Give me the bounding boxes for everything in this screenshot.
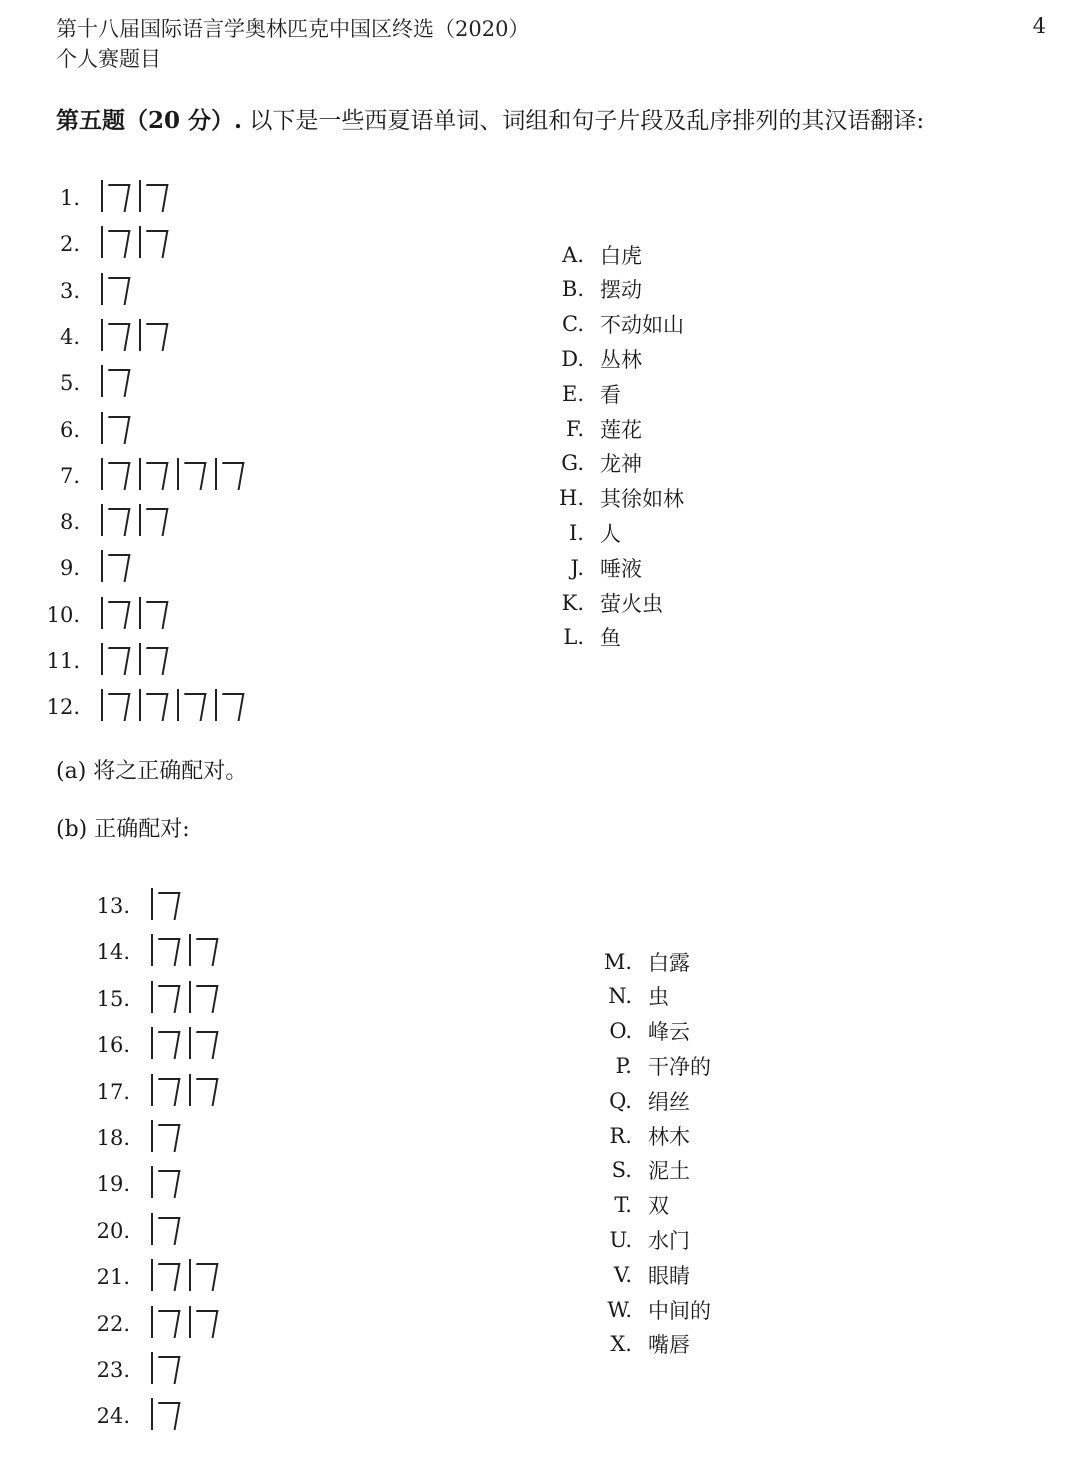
tangut-glyphs — [146, 1023, 218, 1063]
section-subtitle: 个人赛题目 — [56, 44, 529, 74]
tangut-item: 17. — [90, 1064, 218, 1110]
tangut-character-icon — [96, 408, 130, 448]
tangut-character-icon — [184, 977, 218, 1017]
item-number: 4. — [40, 325, 80, 355]
translation-item: U.水门 — [596, 1222, 690, 1257]
tangut-item: 21. — [90, 1249, 218, 1295]
tangut-glyphs — [146, 1070, 218, 1110]
tangut-glyphs — [96, 546, 130, 586]
translation-item: H.其徐如林 — [548, 481, 684, 516]
tangut-item: 3. — [40, 263, 130, 309]
page-header: 第十八届国际语言学奥林匹克中国区终选（2020） 个人赛题目 — [56, 14, 529, 74]
translation-text: 摆动 — [600, 274, 642, 304]
tangut-item: 12. — [40, 679, 244, 725]
item-number: 11. — [40, 649, 80, 679]
translation-text: 眼睛 — [648, 1260, 690, 1290]
tangut-glyphs — [146, 1394, 180, 1434]
translation-label: H. — [548, 486, 584, 510]
competition-title: 第十八届国际语言学奥林匹克中国区终选（2020） — [56, 14, 529, 44]
item-number: 12. — [40, 695, 80, 725]
tangut-item: 8. — [40, 494, 168, 540]
tangut-item: 24. — [90, 1388, 180, 1434]
tangut-item: 19. — [90, 1156, 180, 1202]
item-number: 1. — [40, 186, 80, 216]
tangut-item: 14. — [90, 924, 218, 970]
translation-item: T.双 — [596, 1188, 669, 1223]
translation-text: 泥土 — [648, 1155, 690, 1185]
tangut-character-icon — [184, 1255, 218, 1295]
tangut-item: 13. — [90, 878, 180, 924]
item-number: 10. — [40, 603, 80, 633]
item-number: 18. — [90, 1126, 130, 1156]
translation-text: 水门 — [648, 1225, 690, 1255]
translation-label: B. — [548, 277, 584, 301]
translation-label: Q. — [596, 1089, 632, 1113]
translation-text: 白露 — [648, 947, 690, 977]
tangut-glyphs — [96, 315, 168, 355]
translation-label: U. — [596, 1228, 632, 1252]
tangut-item: 18. — [90, 1110, 180, 1156]
tangut-item: 11. — [40, 633, 168, 679]
problem-description: 以下是一些西夏语单词、词组和句子片段及乱序排列的其汉语翻译: — [242, 108, 924, 134]
item-number: 9. — [40, 556, 80, 586]
tangut-item: 4. — [40, 309, 168, 355]
translation-item: G.龙神 — [548, 446, 642, 481]
translation-label: L. — [548, 625, 584, 649]
translation-item: I.人 — [548, 515, 621, 550]
tangut-character-icon — [134, 500, 168, 540]
tangut-item: 10. — [40, 587, 168, 633]
translation-text: 萤火虫 — [600, 588, 663, 618]
translation-text: 丛林 — [600, 344, 642, 374]
translation-label: F. — [548, 417, 584, 441]
translation-text: 不动如山 — [600, 309, 684, 339]
translation-label: A. — [548, 243, 584, 267]
translation-text: 唾液 — [600, 553, 642, 583]
item-number: 22. — [90, 1312, 130, 1342]
task-a: (a) 将之正确配对。 — [56, 754, 247, 785]
problem-number: 第五题（20 分）. — [56, 107, 242, 134]
tangut-glyphs — [146, 1116, 180, 1156]
tangut-item: 7. — [40, 448, 244, 494]
tangut-glyphs — [96, 500, 168, 540]
translation-item: R.林木 — [596, 1118, 690, 1153]
item-number: 7. — [40, 464, 80, 494]
translation-label: P. — [596, 1054, 632, 1078]
translation-label: N. — [596, 984, 632, 1008]
tangut-character-icon — [96, 500, 130, 540]
tangut-item: 15. — [90, 971, 218, 1017]
page-number: 4 — [1033, 14, 1046, 38]
translation-text: 看 — [600, 379, 621, 409]
item-number: 16. — [90, 1033, 130, 1063]
translation-item: S.泥土 — [596, 1153, 690, 1188]
translation-text: 白虎 — [600, 240, 642, 270]
tangut-character-icon — [184, 1023, 218, 1063]
tangut-glyphs — [146, 1255, 218, 1295]
translation-item: P.干净的 — [596, 1048, 711, 1083]
tangut-character-icon — [184, 1070, 218, 1110]
problem-title: 第五题（20 分）. 以下是一些西夏语单词、词组和句子片段及乱序排列的其汉语翻译… — [56, 102, 924, 135]
translation-text: 峰云 — [648, 1016, 690, 1046]
translation-text: 人 — [600, 518, 621, 548]
translation-label: C. — [548, 312, 584, 336]
tangut-character-icon — [134, 222, 168, 262]
tangut-character-icon — [146, 1023, 180, 1063]
tangut-glyphs — [96, 454, 244, 494]
translation-item: C.不动如山 — [548, 307, 684, 342]
tangut-glyphs — [96, 222, 168, 262]
tangut-character-icon — [134, 685, 168, 725]
tangut-glyphs — [146, 1162, 180, 1202]
item-number: 15. — [90, 987, 130, 1017]
tangut-item: 1. — [40, 170, 168, 216]
tangut-character-icon — [146, 1348, 180, 1388]
tangut-character-icon — [146, 1394, 180, 1434]
tangut-glyphs — [146, 977, 218, 1017]
translation-text: 嘴唇 — [648, 1329, 690, 1359]
tangut-character-icon — [210, 685, 244, 725]
tangut-glyphs — [146, 1209, 180, 1249]
translation-item: W.中间的 — [596, 1292, 711, 1327]
tangut-character-icon — [146, 884, 180, 924]
tangut-character-icon — [146, 1070, 180, 1110]
translation-label: E. — [548, 382, 584, 406]
translation-item: Q.绢丝 — [596, 1083, 690, 1118]
item-number: 19. — [90, 1172, 130, 1202]
tangut-glyphs — [96, 176, 168, 216]
tangut-glyphs — [96, 685, 244, 725]
tangut-item: 9. — [40, 540, 130, 586]
translation-label: W. — [596, 1298, 632, 1322]
tangut-character-icon — [96, 639, 130, 679]
tangut-character-icon — [146, 1209, 180, 1249]
translation-label: K. — [548, 591, 584, 615]
tangut-character-icon — [146, 930, 180, 970]
translation-item: X.嘴唇 — [596, 1327, 690, 1362]
item-number: 17. — [90, 1080, 130, 1110]
tangut-character-icon — [134, 176, 168, 216]
translation-label: T. — [596, 1193, 632, 1217]
tangut-item: 2. — [40, 216, 168, 262]
translation-item: D.丛林 — [548, 341, 642, 376]
tangut-glyphs — [146, 1348, 180, 1388]
translation-text: 林木 — [648, 1121, 690, 1151]
item-number: 24. — [90, 1404, 130, 1434]
translation-label: R. — [596, 1124, 632, 1148]
translation-text: 虫 — [648, 981, 669, 1011]
item-number: 5. — [40, 371, 80, 401]
tangut-character-icon — [134, 639, 168, 679]
tangut-character-icon — [146, 1162, 180, 1202]
tangut-item: 20. — [90, 1203, 180, 1249]
translation-item: B.摆动 — [548, 272, 642, 307]
tangut-item: 22. — [90, 1296, 218, 1342]
tangut-character-icon — [96, 593, 130, 633]
tangut-glyphs — [146, 884, 180, 924]
item-number: 23. — [90, 1358, 130, 1388]
translation-text: 干净的 — [648, 1051, 711, 1081]
tangut-character-icon — [96, 361, 130, 401]
tangut-character-icon — [184, 930, 218, 970]
translation-text: 中间的 — [648, 1295, 711, 1325]
item-number: 14. — [90, 940, 130, 970]
tangut-item: 5. — [40, 355, 130, 401]
translation-label: M. — [596, 950, 632, 974]
tangut-glyphs — [96, 361, 130, 401]
item-number: 6. — [40, 418, 80, 448]
translation-item: V.眼睛 — [596, 1257, 690, 1292]
translation-item: M.白露 — [596, 944, 690, 979]
translation-item: E.看 — [548, 376, 621, 411]
tangut-character-icon — [96, 546, 130, 586]
tangut-item: 6. — [40, 402, 130, 448]
tangut-character-icon — [146, 977, 180, 1017]
tangut-item: 23. — [90, 1342, 180, 1388]
item-number: 8. — [40, 510, 80, 540]
tangut-character-icon — [96, 315, 130, 355]
translation-item: F.莲花 — [548, 411, 642, 446]
translation-label: J. — [548, 556, 584, 580]
tangut-glyphs — [146, 930, 218, 970]
item-number: 21. — [90, 1265, 130, 1295]
translation-item: A.白虎 — [548, 237, 642, 272]
tangut-character-icon — [96, 685, 130, 725]
tangut-character-icon — [96, 222, 130, 262]
translation-item: L.鱼 — [548, 620, 621, 655]
translation-label: G. — [548, 451, 584, 475]
translation-text: 其徐如林 — [600, 483, 684, 513]
translation-label: I. — [548, 521, 584, 545]
tangut-glyphs — [146, 1302, 218, 1342]
task-b-label: (b) — [56, 817, 87, 842]
tangut-character-icon — [146, 1255, 180, 1295]
translation-text: 双 — [648, 1190, 669, 1220]
translation-text: 绢丝 — [648, 1086, 690, 1116]
task-a-label: (a) — [56, 759, 86, 784]
translation-text: 莲花 — [600, 414, 642, 444]
tangut-character-icon — [146, 1116, 180, 1156]
translation-item: K.萤火虫 — [548, 585, 663, 620]
translation-text: 鱼 — [600, 622, 621, 652]
tangut-character-icon — [134, 593, 168, 633]
translation-item: N.虫 — [596, 979, 669, 1014]
translation-text: 龙神 — [600, 448, 642, 478]
item-number: 13. — [90, 894, 130, 924]
item-number: 3. — [40, 279, 80, 309]
translation-label: D. — [548, 347, 584, 371]
tangut-character-icon — [134, 315, 168, 355]
task-b: (b) 正确配对: — [56, 812, 190, 843]
task-b-text: 正确配对: — [94, 817, 189, 842]
translation-label: X. — [596, 1332, 632, 1356]
tangut-character-icon — [134, 454, 168, 494]
tangut-character-icon — [96, 269, 130, 309]
tangut-character-icon — [96, 454, 130, 494]
tangut-character-icon — [172, 454, 206, 494]
tangut-glyphs — [96, 639, 168, 679]
tangut-glyphs — [96, 269, 130, 309]
task-a-text: 将之正确配对。 — [93, 759, 247, 784]
tangut-character-icon — [172, 685, 206, 725]
item-number: 2. — [40, 232, 80, 262]
translation-label: V. — [596, 1263, 632, 1287]
tangut-character-icon — [96, 176, 130, 216]
tangut-character-icon — [210, 454, 244, 494]
item-number: 20. — [90, 1219, 130, 1249]
translation-label: O. — [596, 1019, 632, 1043]
translation-item: O.峰云 — [596, 1014, 690, 1049]
tangut-glyphs — [96, 408, 130, 448]
tangut-character-icon — [184, 1302, 218, 1342]
tangut-glyphs — [96, 593, 168, 633]
translation-label: S. — [596, 1158, 632, 1182]
tangut-item: 16. — [90, 1017, 218, 1063]
tangut-character-icon — [146, 1302, 180, 1342]
translation-item: J.唾液 — [548, 550, 642, 585]
